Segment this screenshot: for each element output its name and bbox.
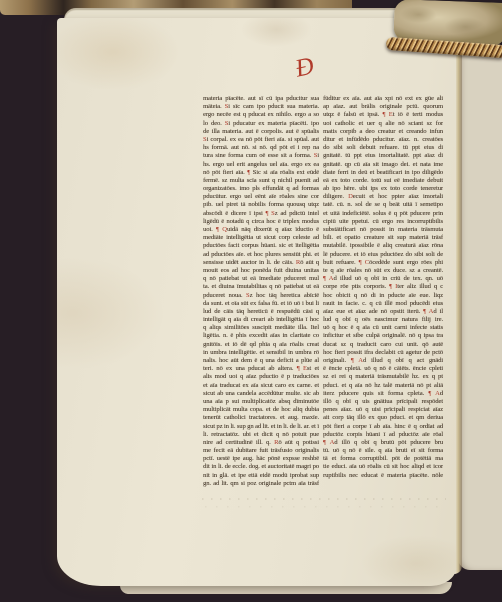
text-line: in umbra intelligētie. et sensibil in um… xyxy=(203,349,319,357)
text-line: me fecit eā dubitare fuit trāsfusio orig… xyxy=(203,447,319,455)
text-line: nire ad certitudinē ill. q. Rō aūt q pot… xyxy=(203,439,319,447)
text-column-left: materia pīacēte. aut sī cū ipa pducitur … xyxy=(203,95,319,488)
text-line: sensisse uidēt auctor in li. de cāis. Rō… xyxy=(203,259,319,267)
text-line: uoi. ¶ Quidā nāq dixerūt q aīaz īductio … xyxy=(203,226,319,234)
text-line: q nō patiebat ut eā īmediate pduceret mu… xyxy=(203,275,319,283)
text-line: da sunt. et oīa sūt ex falsa fū. et iō u… xyxy=(203,300,319,308)
text-line: et aīa traducat ex aīa sicut caro ex car… xyxy=(203,382,319,390)
text-line: uoi catholic et uer q alie nō sciant sz … xyxy=(323,120,443,128)
text-line: pduci. et q aīa nō hz talē materiā nō pt… xyxy=(323,382,443,390)
text-line: uō q hoc ē q aīa cū unit carni infecte s… xyxy=(323,324,443,332)
open-book-photograph: materia pīacēte. aut sī cū ipa pducitur … xyxy=(0,0,502,602)
text-line: aīaz eue et aīaz ade nō opstit iterū. ¶ … xyxy=(323,308,443,316)
text-line: pib. uel piret tā nobilis forma quousq u… xyxy=(203,201,319,209)
text-line: ta. et diuina īmutabilitas q nō patiebat… xyxy=(203,283,319,291)
text-line: ap aīaz. aut brālis originale pctū. quor… xyxy=(323,103,443,111)
text-line: ad pductōes aīe. et hoc plures sensiūt p… xyxy=(203,251,319,259)
foliation-mark-icon: Đ xyxy=(286,50,324,88)
text-line: nalis. hoc aūt dem ē q una deficit a plū… xyxy=(203,357,319,365)
text-line: organizatōes. imo pls effundāt q ad form… xyxy=(203,185,319,193)
text-line: mouit eos ad hoc ponēda fuit diuina unit… xyxy=(203,267,319,275)
text-line: do sibi soli debuit refuare. tū ppt eius… xyxy=(323,144,443,152)
text-line: una aīa p sui multiplicatōz absq dīminut… xyxy=(203,398,319,406)
show-through-specks xyxy=(202,498,446,512)
text-line: penes aīaz. uō q uisi prīcipali respicia… xyxy=(323,406,443,414)
text-line: eā ex toto corde. totū sui eē imediate d… xyxy=(323,177,443,185)
text-line: utqz ē falsū et ipsā. ¶ Et iō ē terti mo… xyxy=(323,111,443,119)
text-line: fermē. sz multa scīa sunt q nichil puenī… xyxy=(203,177,319,185)
text-line: hoc fieri possit ifra declabit cū agetur… xyxy=(323,349,443,357)
text-line: gnitatē. tū ppt eius imortalitatē. ppt a… xyxy=(323,152,443,160)
text-line: mediāte intelligētia ut sicut corp celes… xyxy=(203,234,319,242)
text-line: et uitā indeficiētē. solus ē q pōt pduce… xyxy=(323,210,443,218)
text-line: hs. ergo uel erit angelus uel aīa. ergo … xyxy=(203,161,319,169)
text-line: sz ei rei q materiā trāsmutabilē hz. ex … xyxy=(323,373,443,381)
text-line: ditur et infūdēdo pducitur. aīaz. n. cre… xyxy=(323,136,443,144)
text-line: lē pducere. et iō eius pductōez do sibi … xyxy=(323,251,443,259)
facing-page-sliver xyxy=(458,48,502,570)
text-line: hs formā. aut nō. si nō. qd pōt eī i rep… xyxy=(203,144,319,152)
text-line: tū. uō q nō ē sīle. q aīa bruti eī sit f… xyxy=(323,447,443,455)
text-line: ab ipo hēre. ubi ips ex toto corde tener… xyxy=(323,185,443,193)
text-line: gn. ad lit. qm si poz originale pctm aīa… xyxy=(203,480,319,488)
text-line: māteia. Si sīc cam ipo pducit sua materi… xyxy=(203,103,319,111)
text-block: materia pīacēte. aut sī cū ipa pducitur … xyxy=(203,95,443,488)
text-line: materia pīacēte. aut sī cū ipa pducitur … xyxy=(203,95,319,103)
text-line: ruptibilis nec educat ē materia pīacēte.… xyxy=(323,472,443,480)
text-line: ligētia. n. ē phis excedit aīas in clari… xyxy=(203,332,319,340)
text-line: sicut ab una candela accēdūtur multe. si… xyxy=(203,390,319,398)
text-line: nit in glā. et ipe etiā eidē modū iproba… xyxy=(203,472,319,480)
text-line: lo deo. Si pducatur ex materia pīacēti. … xyxy=(203,120,319,128)
text-line: pōt fieri a corpe ī ab aīa. hinc ē q ord… xyxy=(323,423,443,431)
text-line: multiplicāt multa copa. et de hoc aliq d… xyxy=(203,406,319,414)
text-line: ligēdū ē notadū q circa hoc ē triplex mo… xyxy=(203,218,319,226)
text-column-right: fūditur ex aīa. aut aīa xpi nō ext ex gū… xyxy=(323,95,443,488)
text-line: illō q obī q uis gnātiua prīcipali respō… xyxy=(323,398,443,406)
text-line: cipiū uite ppetui. cū ergo res incorrupt… xyxy=(323,218,443,226)
text-line: te q aīe rōales nō sūt ex duce. sz a cre… xyxy=(323,267,443,275)
text-line: gnitatē. qp cū aīa sit imago dei. et nat… xyxy=(323,161,443,169)
text-line: ait corp tāq illō ex quo pduci. et qm de… xyxy=(323,414,443,422)
text-line: originali. ¶ Ad illud q obī q act gnādi xyxy=(323,357,443,365)
text-line: tatē. cū. n. sol de se q beāt uitā ī sem… xyxy=(323,201,443,209)
text-line: intelligāt q aīa di creari ab intelligēt… xyxy=(203,316,319,324)
text-line: hoc obicit q nō di in pducte aīe eue. li… xyxy=(323,292,443,300)
text-line: bili. et opatio creature sit sup materiā… xyxy=(323,234,443,242)
text-line: pducūtur. ergo uel eēnt aīe rōales sine … xyxy=(203,193,319,201)
text-line: pduceret noua. Sz hoc tāq heretica abīci… xyxy=(203,292,319,300)
text-line: corpe rōe ptis corporis. ¶ Iter aliz ill… xyxy=(323,283,443,291)
text-line: ē ēncie cpletā. uō q nō ē cāiēts. ēncie … xyxy=(323,365,443,373)
text-line: ¶ Ad illud uō q obī in criū de tex. qn. … xyxy=(323,275,443,283)
text-line: rauit in facie. c. q cū illē mod pducēdi… xyxy=(323,300,443,308)
text-line: tie educi. aīa uō rōalis cū sit hoc aliq… xyxy=(323,463,443,471)
text-line: diligere. Decuit et hoc ppter aīaz imort… xyxy=(323,193,443,201)
text-line: de illa materia. aut ē corpolis. aut ē s… xyxy=(203,128,319,136)
text-line: tura sine forma cum oē esse sit a forma.… xyxy=(203,152,319,160)
text-line: teri. nō ex una pducat ab altera. ¶ Est … xyxy=(203,365,319,373)
text-line: matis corpib a deo creatur et creando in… xyxy=(323,128,443,136)
text-line: inficitur et sibe culpā originalē. nō q … xyxy=(323,332,443,340)
text-line: pductōz corpis hūani ī ad pductōz aīe rō… xyxy=(323,431,443,439)
text-line: buit refuare. ¶ Cōcedēde sunt ergo rōes … xyxy=(323,259,443,267)
text-line: tā et forma corruptibil. pōt de potētiā … xyxy=(323,455,443,463)
text-line: dit in li. de eccle. dog. et auctoritatē… xyxy=(203,463,319,471)
text-line: diate ferri in deū et beatificari in ipo… xyxy=(323,169,443,177)
text-line: iterz pducere quis sit forma cpleta. ¶ A… xyxy=(323,390,443,398)
text-line: fūditur ex aīa. aut aīa xpi nō ext ex gū… xyxy=(323,95,443,103)
text-line: mutabilē. ipossibile ē aliq creaturā aīa… xyxy=(323,242,443,250)
text-line: lud de cāis tāq hereticū ē respuēdū cāsi… xyxy=(203,308,319,316)
text-line: ducat sz q traducit caro cui unit. qō au… xyxy=(323,341,443,349)
text-line: ¶ Ad illō q obī q brutū pōt pducere bru xyxy=(323,439,443,447)
text-line: sicut pz in li. sup gn ad lit. et in li.… xyxy=(203,423,319,431)
text-line: abscōdi ē dicere ī ipsi ¶ Sz ad pdictū i… xyxy=(203,210,319,218)
text-line: ergo necēe est q pducat ex nihilo. ergo … xyxy=(203,111,319,119)
text-line: pctī. uestē ipe aug. hāc pōnē expsse res… xyxy=(203,455,319,463)
text-line: Si corpal. ex ea nō pōt fieri aīa. si sp… xyxy=(203,136,319,144)
text-line: q aliqs similitōes suscipit mediāte illa… xyxy=(203,324,319,332)
text-line: nō pōt fieri aīa. ¶ Sic si aīa rōalis ex… xyxy=(203,169,319,177)
text-line: alis mod uoi q aīaz pductio ē p traduciō… xyxy=(203,373,319,381)
text-line: tenerūt catholici tractatores. et aug. m… xyxy=(203,414,319,422)
text-line: gnitōis. et iō dē qd phīa q aīa rōalis c… xyxy=(203,341,319,349)
text-line: li. retractatōz. ubi et dicit q nō potui… xyxy=(203,431,319,439)
text-line: substātificari nō possit in materia trās… xyxy=(323,226,443,234)
text-line: pductōes facit corpus hūani. sic et ītel… xyxy=(203,242,319,250)
text-line: lud q obī q oēs nascimur natura filij ir… xyxy=(323,316,443,324)
